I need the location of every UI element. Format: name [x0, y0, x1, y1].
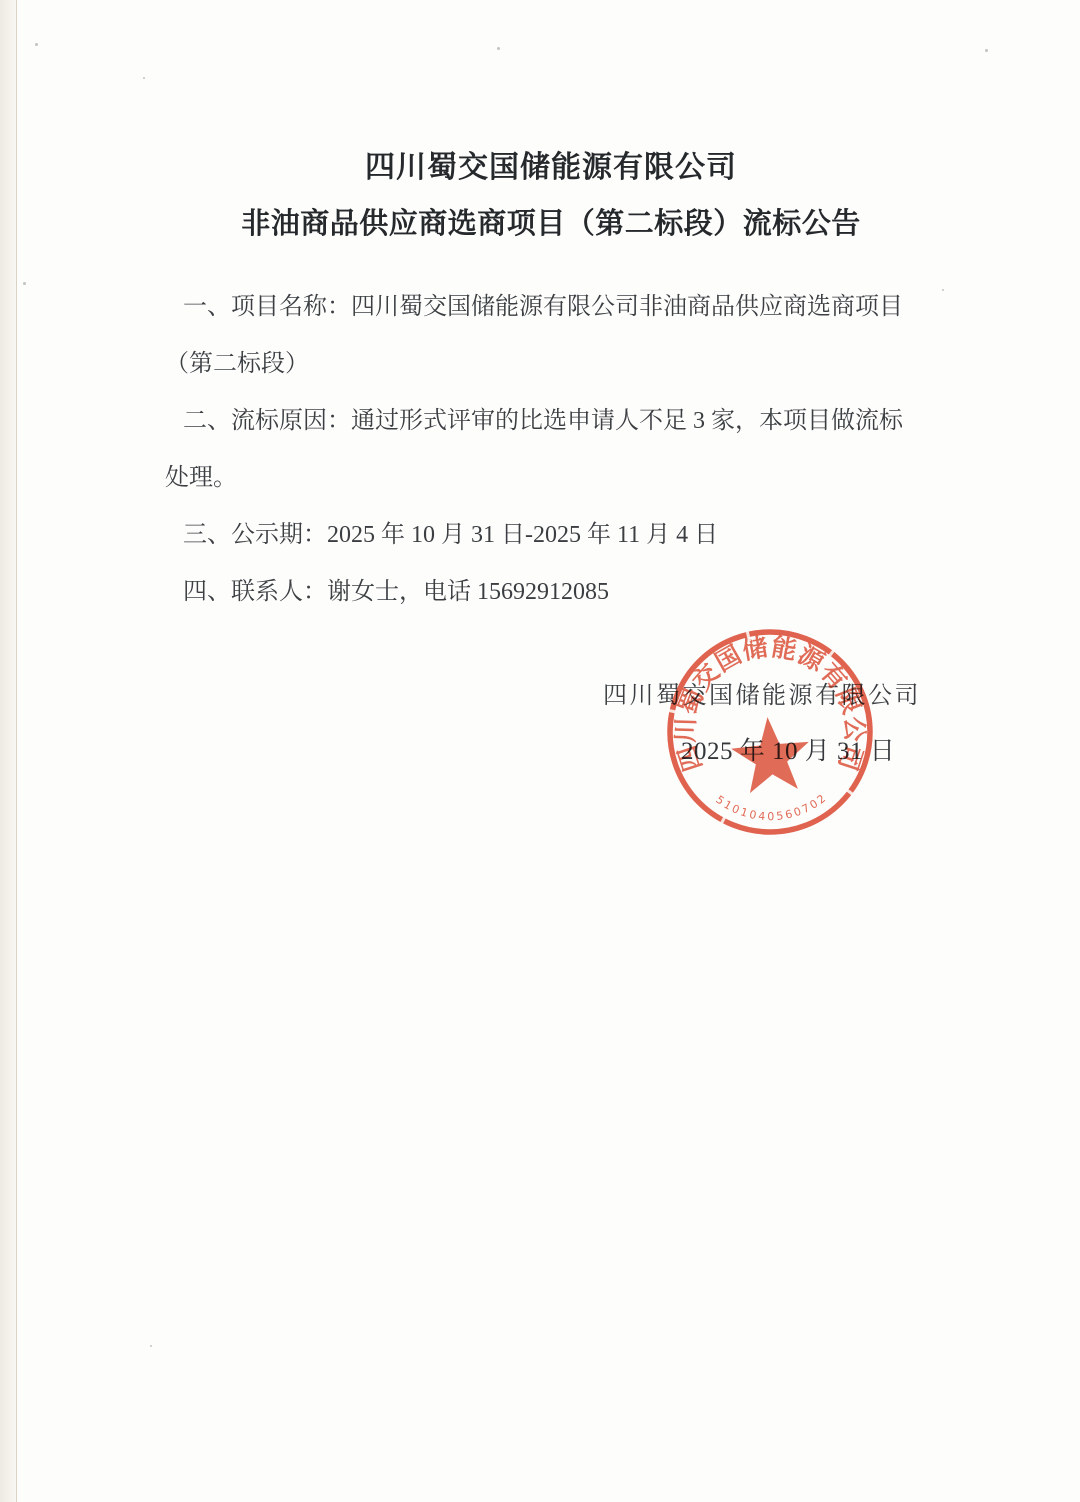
seal-serial-number: 5101040560702 — [713, 791, 830, 824]
scan-edge-shadow — [0, 0, 17, 1502]
svg-text:5101040560702: 5101040560702 — [713, 791, 830, 824]
scanned-document-page: 四川蜀交国储能源有限公司 非油商品供应商选商项目（第二标段）流标公告 一、项目名… — [0, 0, 1080, 1502]
document-title: 四川蜀交国储能源有限公司 非油商品供应商选商项目（第二标段）流标公告 — [170, 139, 932, 253]
scan-speck — [150, 1345, 152, 1347]
scan-speck — [942, 289, 944, 291]
scan-speck — [23, 282, 26, 285]
scan-speck — [985, 49, 988, 52]
paragraph-project-name: 一、项目名称：四川蜀交国储能源有限公司非油商品供应商选商项目 （第二标段） — [165, 279, 925, 393]
scan-speck — [143, 77, 145, 79]
paragraph-notice-period: 三、公示期：2025 年 10 月 31 日-2025 年 11 月 4 日 — [165, 507, 925, 564]
scan-speck — [35, 43, 38, 46]
paragraph-failure-reason: 二、流标原因：通过形式评审的比选申请人不足 3 家，本项目做流标 处理。 — [165, 393, 925, 507]
title-company-name: 四川蜀交国储能源有限公司 — [170, 139, 932, 196]
scan-speck — [497, 47, 500, 50]
company-seal-stamp: 四川蜀交国储能源有限公司 5101040560702 — [650, 612, 890, 852]
seal-star-icon — [729, 714, 813, 795]
document-body: 一、项目名称：四川蜀交国储能源有限公司非油商品供应商选商项目 （第二标段） 二、… — [165, 279, 925, 621]
title-announcement: 非油商品供应商选商项目（第二标段）流标公告 — [170, 196, 932, 253]
